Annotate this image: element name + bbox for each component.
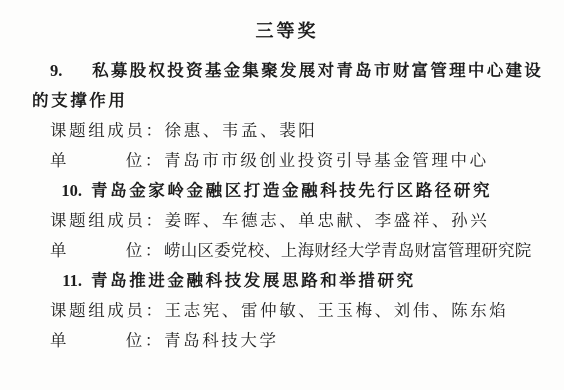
unit-label: 单位： bbox=[50, 326, 164, 356]
unit-label-right: 位： bbox=[126, 236, 164, 266]
item-number: 10. bbox=[50, 176, 82, 206]
unit-line: 单位：崂山区委党校、上海财经大学青岛财富管理研究院 bbox=[32, 236, 542, 266]
unit-name: 崂山区委党校、上海财经大学青岛财富管理研究院 bbox=[164, 241, 531, 260]
award-item: 10.青岛金家岭金融区打造金融科技先行区路径研究 课题组成员：姜晖、车德志、单忠… bbox=[32, 176, 542, 266]
award-item: 9.私募股权投资基金集聚发展对青岛市财富管理中心建设 的支撑作用 课题组成员：徐… bbox=[32, 56, 542, 176]
unit-name: 青岛市市级创业投资引导基金管理中心 bbox=[164, 151, 489, 170]
unit-line: 单位：青岛市市级创业投资引导基金管理中心 bbox=[32, 146, 542, 176]
unit-label-right: 位： bbox=[126, 326, 164, 356]
members-line: 课题组成员：王志宪、雷仲敏、王玉梅、刘伟、陈东焰 bbox=[32, 296, 542, 326]
unit-label-left: 单 bbox=[50, 236, 69, 266]
members-label: 课题组成员： bbox=[50, 301, 165, 320]
item-title-text: 青岛金家岭金融区打造金融科技先行区路径研究 bbox=[91, 181, 492, 200]
item-title-continuation: 的支撑作用 bbox=[32, 86, 542, 116]
unit-line: 单位：青岛科技大学 bbox=[32, 326, 542, 356]
unit-label-right: 位： bbox=[126, 146, 164, 176]
unit-label-left: 单 bbox=[50, 146, 69, 176]
document-page: 三等奖 9.私募股权投资基金集聚发展对青岛市财富管理中心建设 的支撑作用 课题组… bbox=[0, 0, 564, 390]
unit-label: 单位： bbox=[50, 146, 164, 176]
item-title-text: 青岛推进金融科技发展思路和举措研究 bbox=[91, 271, 416, 290]
item-title-line: 9.私募股权投资基金集聚发展对青岛市财富管理中心建设 bbox=[32, 56, 542, 86]
members-names: 徐惠、韦孟、裴阳 bbox=[165, 121, 318, 140]
unit-name: 青岛科技大学 bbox=[164, 331, 279, 350]
item-title-text: 私募股权投资基金集聚发展对青岛市财富管理中心建设 bbox=[91, 61, 542, 80]
item-number: 9. bbox=[50, 56, 82, 86]
members-names: 姜晖、车德志、单忠献、李盛祥、孙兴 bbox=[165, 211, 490, 230]
unit-label-left: 单 bbox=[50, 326, 69, 356]
prize-tier-heading: 三等奖 bbox=[32, 18, 542, 44]
members-label: 课题组成员： bbox=[50, 121, 165, 140]
item-number: 11. bbox=[50, 266, 82, 296]
item-title-line: 11.青岛推进金融科技发展思路和举措研究 bbox=[32, 266, 542, 296]
members-line: 课题组成员：姜晖、车德志、单忠献、李盛祥、孙兴 bbox=[32, 206, 542, 236]
members-names: 王志宪、雷仲敏、王玉梅、刘伟、陈东焰 bbox=[165, 301, 509, 320]
members-line: 课题组成员：徐惠、韦孟、裴阳 bbox=[32, 116, 542, 146]
members-label: 课题组成员： bbox=[50, 211, 165, 230]
award-item: 11.青岛推进金融科技发展思路和举措研究 课题组成员：王志宪、雷仲敏、王玉梅、刘… bbox=[32, 266, 542, 356]
item-title-line: 10.青岛金家岭金融区打造金融科技先行区路径研究 bbox=[32, 176, 542, 206]
unit-label: 单位： bbox=[50, 236, 164, 266]
